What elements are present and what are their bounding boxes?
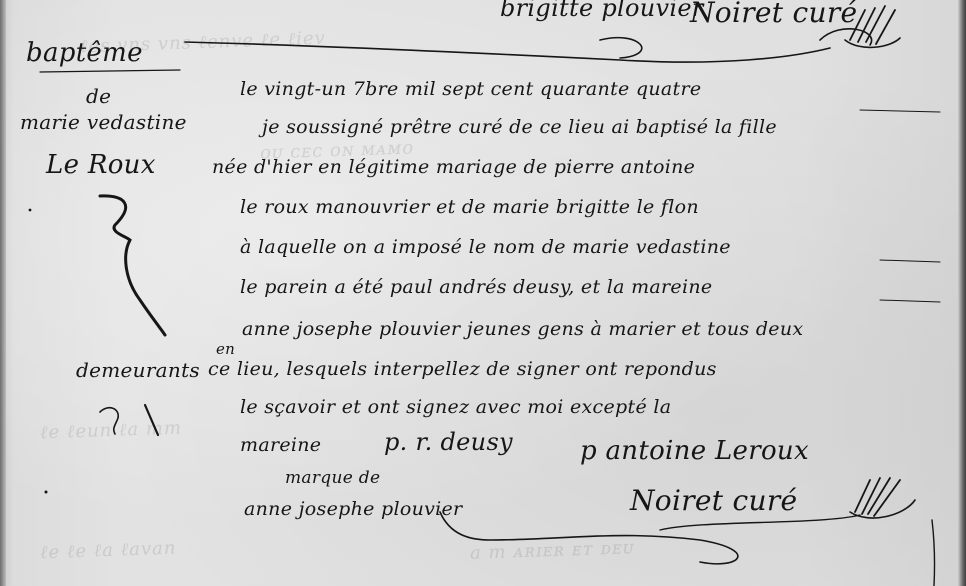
mark-label: marque de (285, 468, 380, 488)
body-line-6: le parein a été paul andrés deusy, et la… (240, 276, 712, 298)
margin-surname: Le Roux (46, 150, 156, 180)
body-line-9: le sçavoir et ont signez avec moi except… (240, 396, 671, 418)
bleed-through-text: ℓe ℓeun ℓa mm (40, 418, 183, 444)
page-right-edge (958, 0, 966, 586)
body-line-4: le roux manouvrier et de marie brigitte … (240, 196, 699, 218)
margin-child-name: marie vedastine (20, 110, 187, 134)
margin-title-bapteme: baptême (26, 38, 143, 68)
body-line-10: mareine (240, 434, 321, 456)
bleed-through-text: a m ᴀʀɪᴇʀ ᴇᴛ ᴅᴇᴜ (470, 537, 635, 564)
register-page: ℓes vns vns ℓenve ℓe ℓiev oᴜ ᴄᴇᴄ ᴏɴ ᴍᴀᴍᴏ… (0, 0, 966, 586)
margin-de: de (86, 84, 111, 108)
father-signature: p antoine Leroux (580, 436, 809, 466)
demeurants-word: demeurants (76, 358, 200, 382)
insert-en: en (216, 340, 235, 358)
bleed-through-text: ℓe ℓe ℓa ℓavan (40, 538, 177, 564)
godfather-signature: p. r. deusy (384, 428, 513, 456)
priest-signature-bottom: Noiret curé (630, 484, 797, 517)
previous-entry-signature: brigitte plouvier (500, 0, 704, 22)
body-line-5: à laquelle on a imposé le nom de marie v… (240, 236, 731, 258)
body-line-1: le vingt-un 7bre mil sept cent quarante … (240, 78, 701, 100)
body-line-7: anne josephe plouvier jeunes gens à mari… (242, 318, 803, 340)
priest-signature-top: Noiret curé (690, 0, 857, 29)
godmother-name: anne josephe plouvier (244, 498, 462, 520)
body-line-2: je soussigné prêtre curé de ce lieu ai b… (262, 116, 777, 138)
body-line-3: née d'hier en légitime mariage de pierre… (212, 156, 695, 178)
page-left-edge (0, 0, 6, 586)
body-line-8: ce lieu, lesquels interpellez de signer … (208, 358, 717, 380)
